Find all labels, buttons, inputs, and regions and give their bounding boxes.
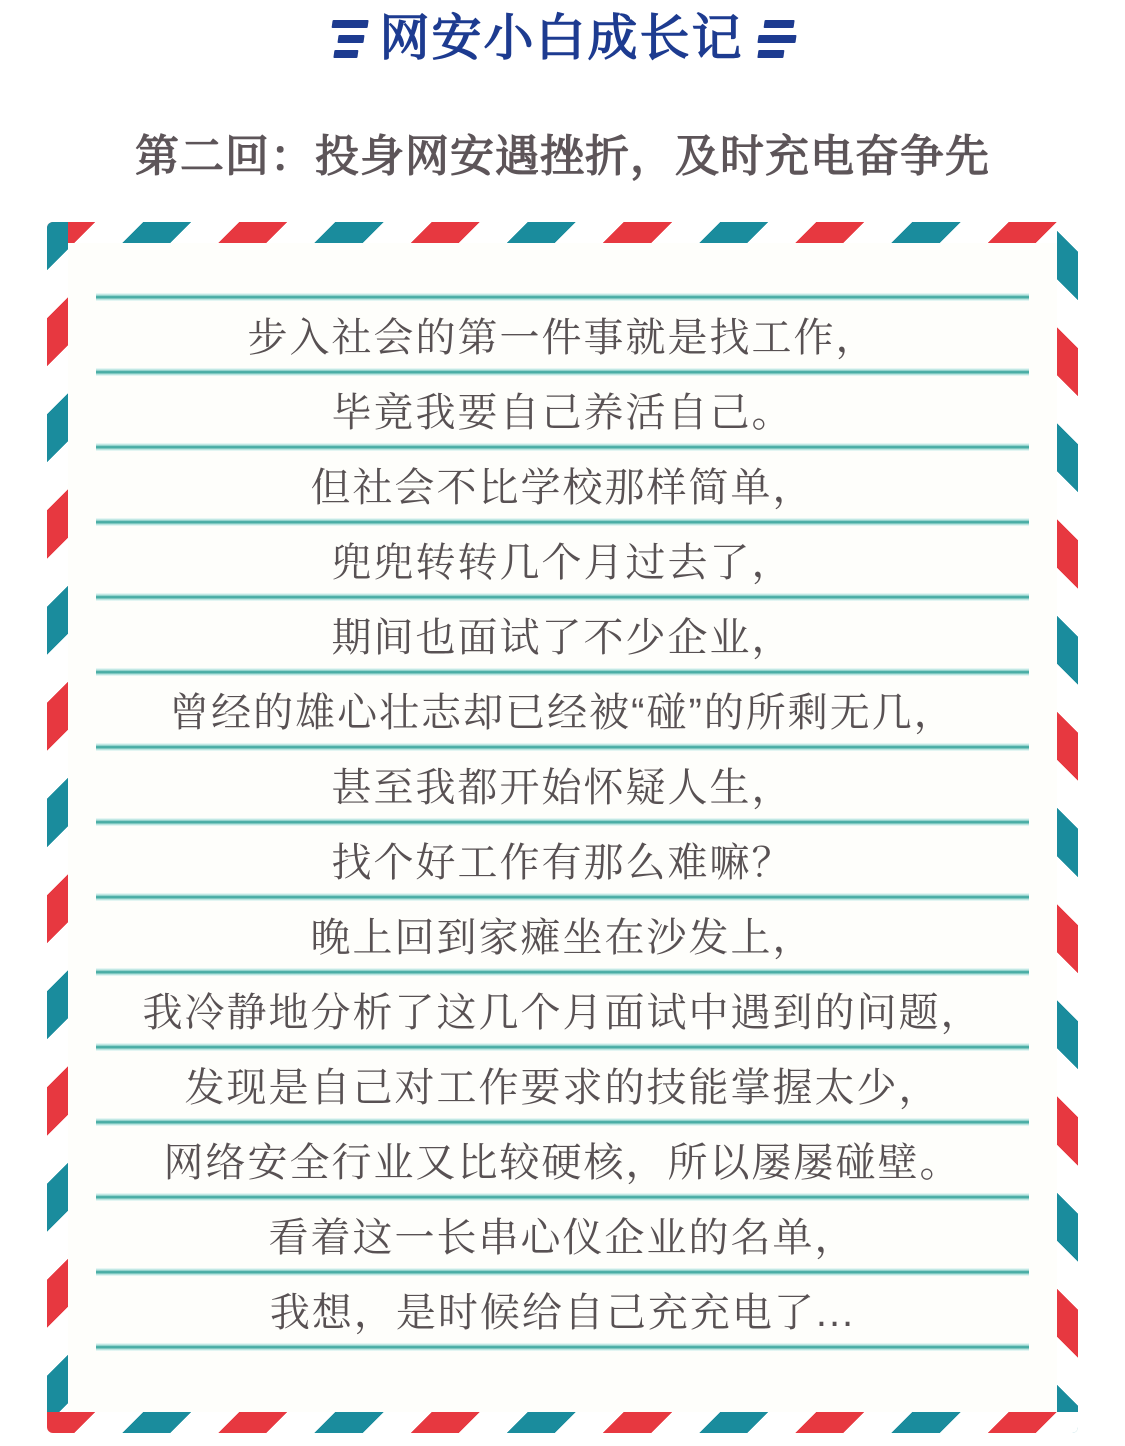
- rule-line: [96, 818, 1029, 826]
- rule-line: [96, 443, 1029, 451]
- letter-line-text: 找个好工作有那么难嘛？: [96, 826, 1029, 893]
- letter-line-text: 发现是自己对工作要求的技能掌握太少，: [96, 1051, 1029, 1118]
- rule-line: [96, 518, 1029, 526]
- envelope-border-bottom: [47, 1412, 1078, 1433]
- letter-line-text: 甚至我都开始怀疑人生，: [96, 751, 1029, 818]
- rule-line: [96, 293, 1029, 301]
- letter-line-text: 我冷静地分析了这几个月面试中遇到的问题，: [96, 976, 1029, 1043]
- airmail-envelope: 步入社会的第一件事就是找工作，毕竟我要自己养活自己。但社会不比学校那样简单，兜兜…: [47, 222, 1078, 1433]
- rule-line: [96, 1268, 1029, 1276]
- letter-line-text: 毕竟我要自己养活自己。: [96, 376, 1029, 443]
- deco-bar: [333, 50, 358, 58]
- letter-line-text: 但社会不比学校那样简单，: [96, 451, 1029, 518]
- letter-line-text: 期间也面试了不少企业，: [96, 601, 1029, 668]
- rule-line: [96, 743, 1029, 751]
- deco-bar: [337, 35, 364, 43]
- rule-line: [96, 968, 1029, 976]
- rule-line: [96, 593, 1029, 601]
- envelope-border-top: [47, 222, 1078, 243]
- rule-line: [96, 668, 1029, 676]
- rule-line: [96, 1193, 1029, 1201]
- speed-lines-right-icon: [755, 20, 798, 58]
- letter-lines: 步入社会的第一件事就是找工作，毕竟我要自己养活自己。但社会不比学校那样简单，兜兜…: [96, 293, 1029, 1351]
- envelope-border-right: [1057, 222, 1078, 1433]
- deco-bar: [757, 35, 796, 43]
- rule-line: [96, 893, 1029, 901]
- letter-line-text: 看着这一长串心仪企业的名单，: [96, 1201, 1029, 1268]
- page-title: 网安小白成长记: [380, 10, 744, 68]
- rule-line: [96, 1118, 1029, 1126]
- letter-line-text: 我想，是时候给自己充充电了...: [96, 1276, 1029, 1343]
- rule-line: [96, 1343, 1029, 1351]
- letter-paper: 步入社会的第一件事就是找工作，毕竟我要自己养活自己。但社会不比学校那样简单，兜兜…: [68, 243, 1057, 1412]
- chapter-subtitle: 第二回：投身网安遇挫折，及时充电奋争先: [0, 120, 1125, 184]
- letter-line-text: 网络安全行业又比较硬核，所以屡屡碰壁。: [96, 1126, 1029, 1193]
- letter-line-text: 步入社会的第一件事就是找工作，: [96, 301, 1029, 368]
- deco-bar: [763, 20, 794, 28]
- deco-bar: [757, 50, 784, 58]
- rule-line: [96, 368, 1029, 376]
- letter-line-text: 晚上回到家瘫坐在沙发上，: [96, 901, 1029, 968]
- letter-line-text: 兜兜转转几个月过去了，: [96, 526, 1029, 593]
- rule-line: [96, 1043, 1029, 1051]
- speed-lines-left-icon: [327, 20, 368, 58]
- deco-bar: [331, 20, 368, 28]
- letter-line-text: 曾经的雄心壮志却已经被“碰”的所剩无几，: [96, 676, 1029, 743]
- page-header: 网安小白成长记: [0, 10, 1125, 68]
- envelope-border-left: [47, 222, 68, 1433]
